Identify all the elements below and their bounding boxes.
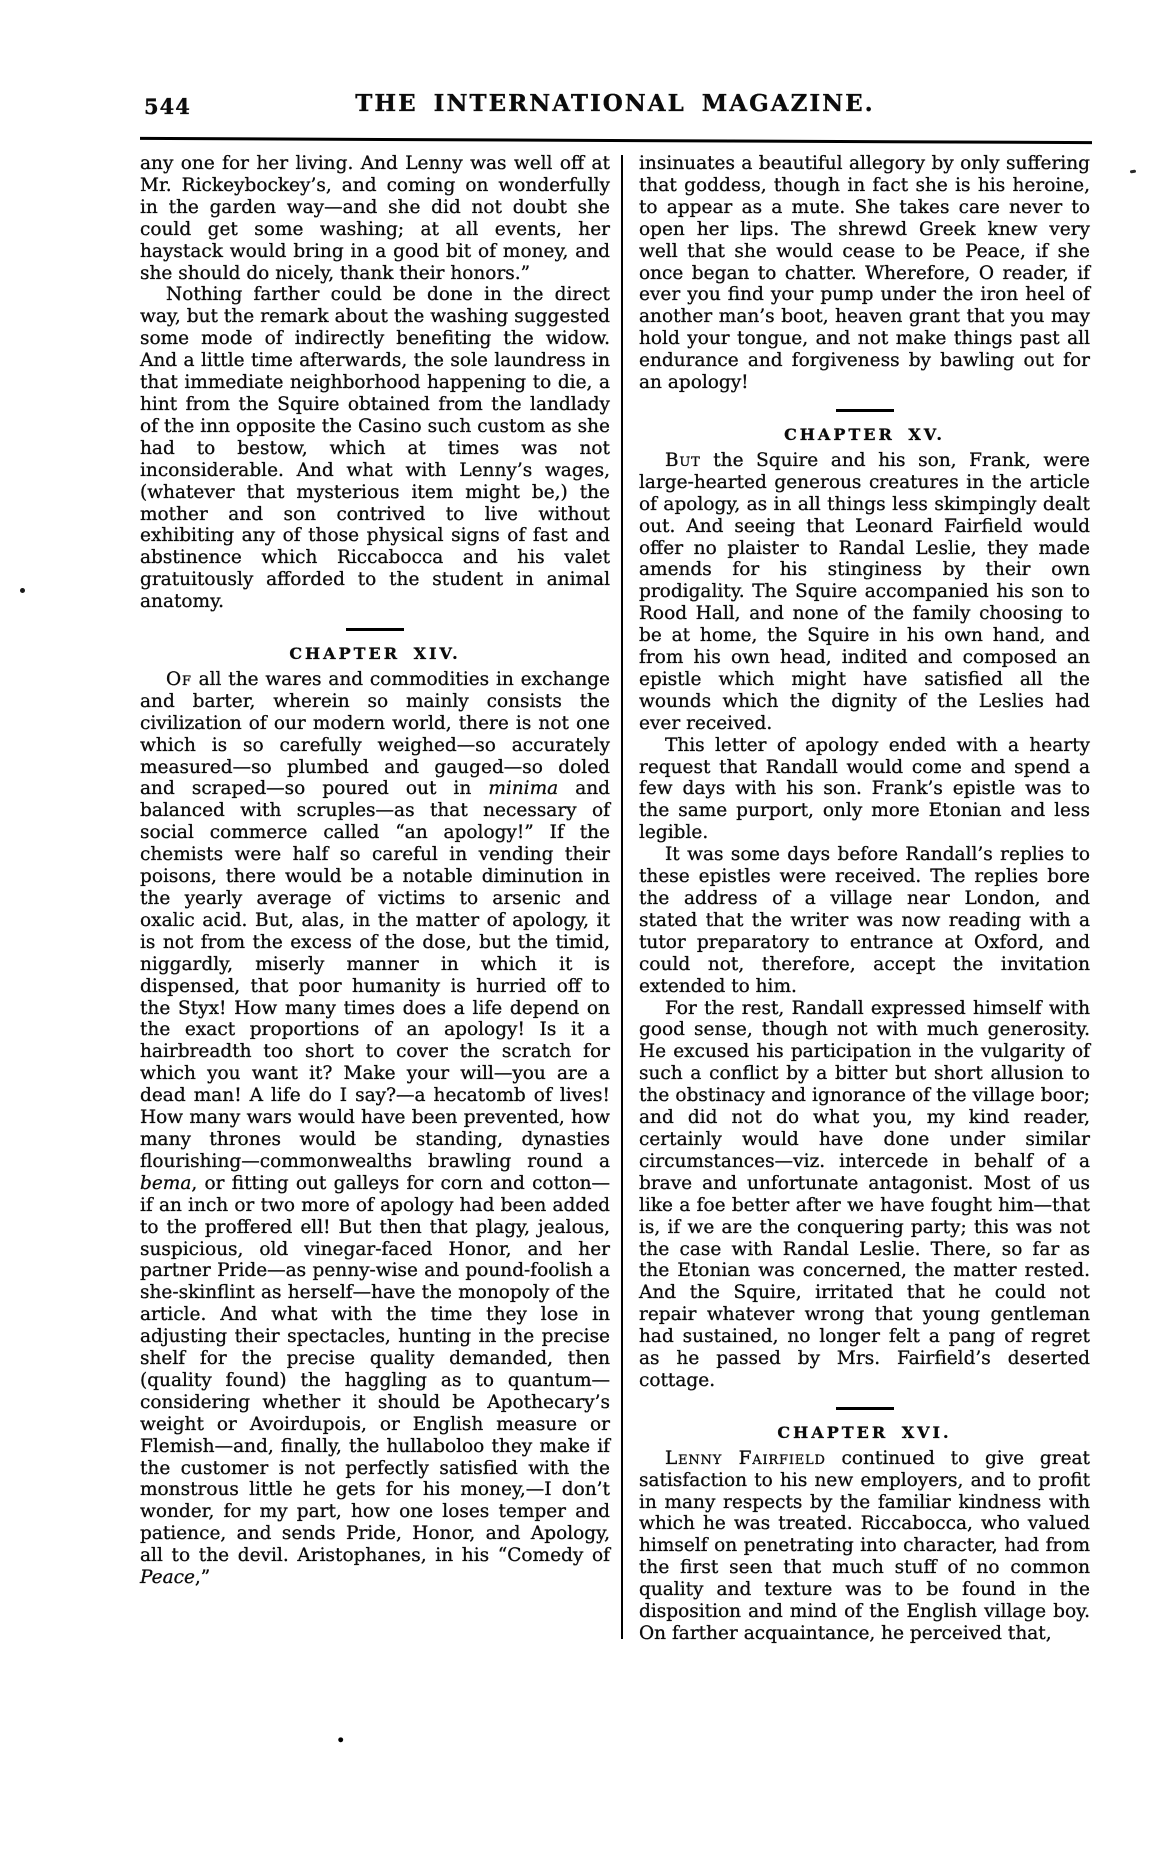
paragraph: It was some days before Randall’s replie… (639, 844, 1090, 997)
paragraph: For the rest, Randall expressed himself … (639, 998, 1090, 1392)
section-divider-rule (346, 628, 404, 631)
paragraph: Lenny Fairfield continued to give great … (639, 1448, 1090, 1645)
paragraph-lead-small-caps: Lenny Fairfield (665, 1448, 826, 1469)
left-column: any one for her living. And Lenny was we… (140, 153, 610, 1645)
magazine-title: THE INTERNATIONAL MAGAZINE. (140, 90, 1090, 117)
paragraph: any one for her living. And Lenny was we… (140, 153, 610, 284)
paragraph: insinuates a beautiful allegory by only … (639, 153, 1090, 394)
chapter-heading: CHAPTER XV. (639, 424, 1090, 446)
paragraph: Of all the wares and commodities in exch… (140, 669, 610, 1589)
section-divider-rule (836, 1407, 894, 1410)
scan-speck (1130, 170, 1136, 174)
text-columns: any one for her living. And Lenny was we… (140, 153, 1090, 1645)
scan-speck (20, 588, 25, 593)
chapter-heading: CHAPTER XIV. (140, 643, 610, 665)
paragraph: Nothing farther could be done in the dir… (140, 284, 610, 613)
header-rule (140, 137, 1092, 144)
magazine-page-scan: 544 THE INTERNATIONAL MAGAZINE. any one … (0, 0, 1176, 1850)
section-divider-rule (836, 409, 894, 412)
running-head: 544 THE INTERNATIONAL MAGAZINE. (140, 88, 1090, 128)
paragraph: But the Squire and his son, Frank, were … (639, 450, 1090, 735)
column-divider-rule (621, 155, 623, 1639)
chapter-heading: CHAPTER XVI. (639, 1422, 1090, 1444)
right-column: insinuates a beautiful allegory by only … (639, 153, 1090, 1645)
printer-mark: • (336, 1733, 345, 1749)
paragraph-lead-small-caps: But (665, 450, 701, 471)
paragraph: This letter of apology ended with a hear… (639, 735, 1090, 845)
paragraph-lead-small-caps: Of (166, 669, 192, 690)
